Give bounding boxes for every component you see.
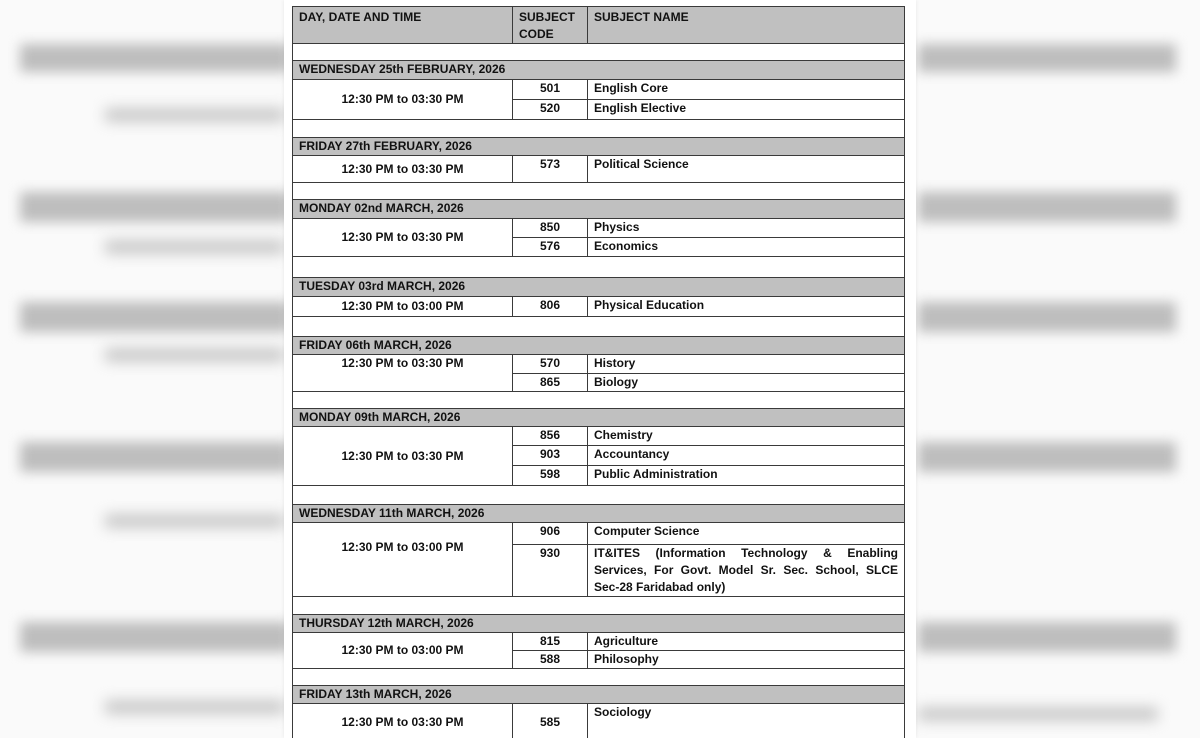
subject-code: 806 [513, 297, 588, 317]
spacer-row [293, 183, 905, 200]
day-header-row: MONDAY 02nd MARCH, 2026 [293, 200, 905, 219]
exam-date: THURSDAY 12th MARCH, 2026 [293, 615, 905, 633]
spacer-row [293, 669, 905, 686]
table-header-row: DAY, DATE AND TIME SUBJECT CODE SUBJECT … [293, 7, 905, 44]
exam-time: 12:30 PM to 03:00 PM [293, 633, 513, 669]
subject-code: 598 [513, 466, 588, 486]
blurred-band [20, 192, 290, 222]
day-header-row: THURSDAY 12th MARCH, 2026 [293, 615, 905, 633]
blurred-text [105, 240, 285, 254]
exam-date: MONDAY 09th MARCH, 2026 [293, 409, 905, 427]
subject-code: 856 [513, 427, 588, 446]
day-header-row: FRIDAY 06th MARCH, 2026 [293, 337, 905, 355]
subject-row: 12:30 PM to 03:30 PM850Physics [293, 219, 905, 238]
subject-row: 12:30 PM to 03:30 PM856Chemistry [293, 427, 905, 446]
blurred-text [105, 348, 285, 362]
day-header-row: WEDNESDAY 11th MARCH, 2026 [293, 505, 905, 523]
spacer-cell [293, 669, 905, 686]
subject-name: History [588, 355, 905, 374]
day-header-row: TUESDAY 03rd MARCH, 2026 [293, 278, 905, 297]
subject-row: 12:30 PM to 03:00 PM815Agriculture [293, 633, 905, 651]
spacer-row [293, 120, 905, 138]
spacer-row [293, 392, 905, 409]
blurred-band [918, 622, 1176, 652]
blurred-band [20, 622, 290, 652]
exam-date: TUESDAY 03rd MARCH, 2026 [293, 278, 905, 297]
spacer-cell [293, 44, 905, 61]
subject-name: Sociology [588, 704, 905, 738]
subject-row: 12:30 PM to 03:30 PM573Political Science [293, 156, 905, 183]
subject-code: 520 [513, 100, 588, 120]
exam-date: MONDAY 02nd MARCH, 2026 [293, 200, 905, 219]
subject-name: Computer Science [588, 523, 905, 545]
spacer-cell [293, 120, 905, 138]
day-header-row: MONDAY 09th MARCH, 2026 [293, 409, 905, 427]
subject-code: 815 [513, 633, 588, 651]
day-header-row: FRIDAY 13th MARCH, 2026 [293, 686, 905, 704]
subject-name: Philosophy [588, 651, 905, 669]
day-header-row: WEDNESDAY 25th FEBRUARY, 2026 [293, 61, 905, 80]
subject-name: Accountancy [588, 446, 905, 466]
exam-date: FRIDAY 27th FEBRUARY, 2026 [293, 138, 905, 156]
subject-name: English Elective [588, 100, 905, 120]
exam-date: FRIDAY 13th MARCH, 2026 [293, 686, 905, 704]
subject-name: Biology [588, 374, 905, 392]
spacer-cell [293, 257, 905, 278]
blurred-band [918, 44, 1176, 72]
subject-name: Chemistry [588, 427, 905, 446]
spacer-row [293, 257, 905, 278]
subject-row: 12:30 PM to 03:30 PM501English Core [293, 80, 905, 100]
blurred-text [918, 707, 1158, 721]
subject-code: 576 [513, 238, 588, 257]
subject-code: 903 [513, 446, 588, 466]
exam-time: 12:30 PM to 03:30 PM [293, 355, 513, 392]
subject-name: English Core [588, 80, 905, 100]
subject-name: Political Science [588, 156, 905, 183]
exam-date: WEDNESDAY 25th FEBRUARY, 2026 [293, 61, 905, 80]
blurred-text [105, 700, 285, 714]
subject-name: Physical Education [588, 297, 905, 317]
subject-code: 501 [513, 80, 588, 100]
exam-schedule-table: DAY, DATE AND TIME SUBJECT CODE SUBJECT … [292, 6, 905, 738]
blurred-band [918, 302, 1176, 332]
spacer-row [293, 44, 905, 61]
subject-name: Physics [588, 219, 905, 238]
exam-time: 12:30 PM to 03:30 PM [293, 219, 513, 257]
spacer-row [293, 317, 905, 337]
subject-name: Agriculture [588, 633, 905, 651]
spacer-cell [293, 317, 905, 337]
subject-row: 12:30 PM to 03:30 PM585Sociology [293, 704, 905, 738]
subject-code: 930 [513, 545, 588, 597]
spacer-cell [293, 486, 905, 505]
blurred-text [105, 514, 285, 528]
subject-code: 585 [513, 704, 588, 738]
spacer-cell [293, 392, 905, 409]
subject-row: 12:30 PM to 03:30 PM570History [293, 355, 905, 374]
exam-time: 12:30 PM to 03:30 PM [293, 156, 513, 183]
exam-time: 12:30 PM to 03:00 PM [293, 523, 513, 597]
subject-code: 588 [513, 651, 588, 669]
blurred-text [105, 108, 285, 122]
subject-code: 570 [513, 355, 588, 374]
day-header-row: FRIDAY 27th FEBRUARY, 2026 [293, 138, 905, 156]
header-day-date-time: DAY, DATE AND TIME [293, 7, 513, 44]
header-subject-name: SUBJECT NAME [588, 7, 905, 44]
exam-date: FRIDAY 06th MARCH, 2026 [293, 337, 905, 355]
spacer-cell [293, 183, 905, 200]
spacer-row [293, 597, 905, 615]
exam-time: 12:30 PM to 03:30 PM [293, 427, 513, 486]
subject-name: IT&ITES (Information Technology & Enabli… [588, 545, 905, 597]
subject-row: 12:30 PM to 03:00 PM906Computer Science [293, 523, 905, 545]
blurred-band [20, 44, 290, 72]
spacer-row [293, 486, 905, 505]
subject-code: 573 [513, 156, 588, 183]
blurred-band [20, 302, 290, 332]
exam-time: 12:30 PM to 03:00 PM [293, 297, 513, 317]
subject-name: Public Administration [588, 466, 905, 486]
spacer-cell [293, 597, 905, 615]
header-subject-code: SUBJECT CODE [513, 7, 588, 44]
subject-name: Economics [588, 238, 905, 257]
exam-time: 12:30 PM to 03:30 PM [293, 704, 513, 738]
blurred-band [20, 442, 290, 472]
blurred-band [918, 192, 1176, 222]
blurred-band [918, 442, 1176, 472]
subject-row: 12:30 PM to 03:00 PM806Physical Educatio… [293, 297, 905, 317]
exam-time: 12:30 PM to 03:30 PM [293, 80, 513, 120]
subject-code: 865 [513, 374, 588, 392]
exam-date: WEDNESDAY 11th MARCH, 2026 [293, 505, 905, 523]
subject-code: 850 [513, 219, 588, 238]
subject-code: 906 [513, 523, 588, 545]
